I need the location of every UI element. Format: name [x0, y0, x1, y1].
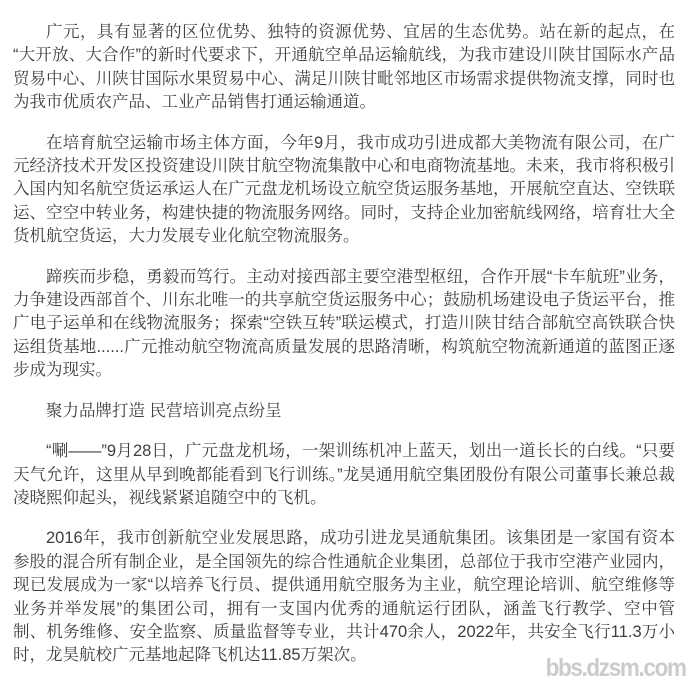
paragraph-air-transport-market: 在培育航空运输市场主体方面，今年9月，我市成功引进成都大美物流有限公司，在广元经…: [13, 132, 675, 249]
paragraph-flight-training: “唰——”9月28日，广元盘龙机场，一架训练机冲上蓝天，划出一道长长的白线。“只…: [13, 440, 675, 510]
section-heading: 聚力品牌打造 民营培训亮点纷呈: [13, 400, 675, 423]
watermark: bbs.dzsm.com: [546, 654, 686, 683]
paragraph-longhao-group: 2016年，我市创新航空业发展思路，成功引进龙昊通航集团。该集团是一家国有资本参…: [13, 527, 675, 667]
paragraph-location-advantages: 广元，具有显著的区位优势、独特的资源优势、宜居的生态优势。站在新的起点，在“大开…: [13, 21, 675, 115]
paragraph-logistics-blueprint: 蹄疾而步稳，勇毅而笃行。主动对接西部主要空港型枢纽，合作开展“卡车航班”业务，力…: [13, 266, 675, 383]
article-page: 广元，具有显著的区位优势、独特的资源优势、宜居的生态优势。站在新的起点，在“大开…: [0, 0, 688, 685]
